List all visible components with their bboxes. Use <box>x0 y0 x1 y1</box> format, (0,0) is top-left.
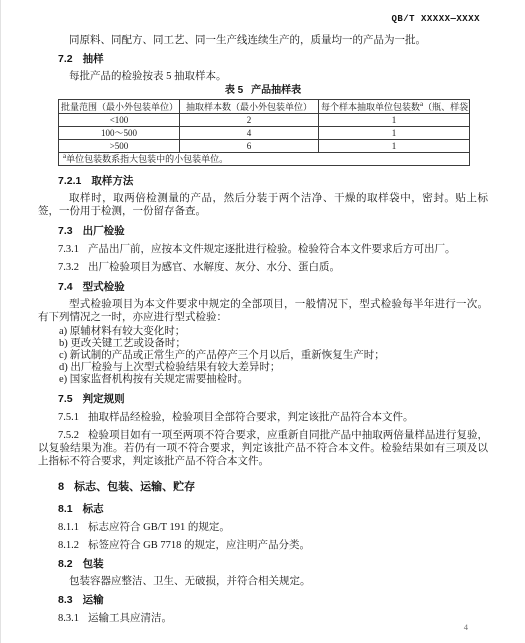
section-heading-7-2-1: 7.2.1取样方法 <box>58 175 488 188</box>
type-test-condition-item: b) 更改关键工艺或设备时； <box>59 338 488 350</box>
clause-number: 8.3.1 <box>58 613 79 624</box>
section-number: 7.2.1 <box>58 175 81 187</box>
section-heading-8-2: 8.2包装 <box>58 558 488 571</box>
document-page: QB/T XXXXX—XXXX 同原料、同配方、同工艺、同一生产线连续生产的，质… <box>0 0 525 643</box>
intro-paragraph: 同原料、同配方、同工艺、同一生产线连续生产的，质量均一的产品为一批。 <box>38 34 488 47</box>
section-number: 7.2 <box>58 53 73 65</box>
chapter-number: 8 <box>58 481 64 493</box>
section-number: 8.2 <box>58 558 73 570</box>
table-footnote-row: a单位包装数系指大包装中的小包装单位。 <box>59 153 470 166</box>
clause-number: 7.5.1 <box>58 412 79 423</box>
clause-number: 7.3.1 <box>58 244 79 255</box>
section-heading-7-3: 7.3出厂检验 <box>58 225 488 238</box>
section-title: 取样方法 <box>91 175 133 187</box>
type-test-condition-item: d) 出厂检验与上次型式检验结果有较大差异时； <box>59 362 488 374</box>
table-row: 100～500 4 1 <box>59 127 470 140</box>
clause-text: 运输工具应清洁。 <box>88 613 172 624</box>
clause-number: 7.3.2 <box>58 262 79 273</box>
clause-text: 产品出厂前，应按本文件规定逐批进行检验。检验符合本文件要求后方可出厂。 <box>88 244 456 255</box>
doc-code-header: QB/T XXXXX—XXXX <box>38 14 488 25</box>
chapter-title: 标志、包装、运输、贮存 <box>74 481 195 493</box>
clause-text: 检验项目如有一项至两项不符合要求，应重新自同批产品中抽取两倍量样品进行复验，以复… <box>38 430 488 467</box>
section-number: 8.1 <box>58 503 73 515</box>
type-test-condition-item: e) 国家监督机构按有关规定需要抽检时。 <box>59 374 488 386</box>
clause-8-2-paragraph: 包装容器应整洁、卫生、无破损，并符合相关规定。 <box>38 575 488 588</box>
clause-7-5-2: 7.5.2检验项目如有一项至两项不符合要求，应重新自同批产品中抽取两倍量样品进行… <box>38 429 488 468</box>
table-footnote: a单位包装数系指大包装中的小包装单位。 <box>59 153 470 166</box>
clause-number: 8.1.1 <box>58 522 79 533</box>
clause-7-3-1: 7.3.1产品出厂前，应按本文件规定逐批进行检验。检验符合本文件要求后方可出厂。 <box>38 243 488 256</box>
page-number: 4 <box>464 621 468 634</box>
table-cell: 1 <box>319 127 470 140</box>
table5-caption-title: 产品抽样表 <box>251 85 301 96</box>
section-title: 判定规则 <box>83 393 125 405</box>
clause-text: 标签应符合 GB 7718 的规定，应注明产品分类。 <box>88 540 310 551</box>
clause-8-1-2: 8.1.2标签应符合 GB 7718 的规定，应注明产品分类。 <box>38 539 488 552</box>
table5-caption-number: 表 5 <box>225 85 243 96</box>
table-row: <100 2 1 <box>59 114 470 127</box>
table-cell: 1 <box>319 114 470 127</box>
table-header-sample-count: 抽取样本数（最小外包装单位） <box>180 100 319 114</box>
clause-7-2-paragraph: 每批产品的检验按表 5 抽取样本。 <box>38 70 488 83</box>
section-title: 型式检验 <box>83 281 125 293</box>
clause-text: 抽取样品经检验，检验项目全部符合要求，判定该批产品符合本文件。 <box>88 412 414 423</box>
table-header-row: 批量范围（最小外包装单位） 抽取样本数（最小外包装单位） 每个样本抽取单位包装数… <box>59 100 470 114</box>
section-title: 出厂检验 <box>83 225 125 237</box>
section-heading-7-4: 7.4型式检验 <box>58 281 488 294</box>
section-number: 7.5 <box>58 393 73 405</box>
clause-text: 标志应符合 GB/T 191 的规定。 <box>88 522 230 533</box>
section-heading-8-3: 8.3运输 <box>58 594 488 607</box>
clause-7-5-1: 7.5.1抽取样品经检验，检验项目全部符合要求，判定该批产品符合本文件。 <box>38 411 488 424</box>
footnote-text: 单位包装数系指大包装中的小包装单位。 <box>66 154 228 164</box>
section-heading-7-2: 7.2抽样 <box>58 53 488 66</box>
table-cell: <100 <box>59 114 180 127</box>
table-cell: 2 <box>180 114 319 127</box>
clause-7-3-2: 7.3.2出厂检验项目为感官、水解度、灰分、水分、蛋白质。 <box>38 261 488 274</box>
clause-8-1-1: 8.1.1标志应符合 GB/T 191 的规定。 <box>38 521 488 534</box>
section-number: 7.3 <box>58 225 73 237</box>
clause-7-2-1-paragraph: 取样时，取两倍检测量的产品，然后分装于两个洁净、干燥的取样袋中，密封。贴上标签，… <box>38 192 488 218</box>
clause-number: 7.5.2 <box>58 430 79 441</box>
table-cell: >500 <box>59 140 180 153</box>
table-row: >500 6 1 <box>59 140 470 153</box>
table-cell: 6 <box>180 140 319 153</box>
section-title: 包装 <box>83 558 104 570</box>
section-title: 标志 <box>83 503 104 515</box>
section-heading-8-1: 8.1标志 <box>58 503 488 516</box>
section-title: 运输 <box>83 594 104 606</box>
table-cell: 1 <box>319 140 470 153</box>
section-number: 7.4 <box>58 281 73 293</box>
table-header-unit-packs: 每个样本抽取单位包装数a（瓶、样袋） <box>319 100 470 114</box>
section-title: 抽样 <box>83 53 104 65</box>
table5-caption: 表 5产品抽样表 <box>38 85 488 97</box>
section-number: 8.3 <box>58 594 73 606</box>
page-content: QB/T XXXXX—XXXX 同原料、同配方、同工艺、同一生产线连续生产的，质… <box>1 0 525 625</box>
type-test-condition-item: c) 新试制的产品或正常生产的产品停产三个月以后，重新恢复生产时； <box>59 350 488 362</box>
clause-8-3-1: 8.3.1运输工具应清洁。 <box>38 612 488 625</box>
chapter-8-heading: 8标志、包装、运输、贮存 <box>58 481 488 494</box>
table-header-unit-packs-text: 每个样本抽取单位包装数 <box>321 102 420 112</box>
table-header-batch-range: 批量范围（最小外包装单位） <box>59 100 180 114</box>
clause-number: 8.1.2 <box>58 540 79 551</box>
clause-7-4-paragraph: 型式检验项目为本文件要求中规定的全部项目，一般情况下，型式检验每半年进行一次。有… <box>38 298 488 324</box>
table-cell: 4 <box>180 127 319 140</box>
table-cell: 100～500 <box>59 127 180 140</box>
sampling-table: 批量范围（最小外包装单位） 抽取样本数（最小外包装单位） 每个样本抽取单位包装数… <box>58 99 470 166</box>
section-heading-7-5: 7.5判定规则 <box>58 393 488 406</box>
clause-text: 出厂检验项目为感官、水解度、灰分、水分、蛋白质。 <box>88 262 340 273</box>
type-test-condition-item: a) 原辅材料有较大变化时； <box>59 326 488 338</box>
table-header-unit-packs-suffix: （瓶、样袋） <box>423 102 469 112</box>
